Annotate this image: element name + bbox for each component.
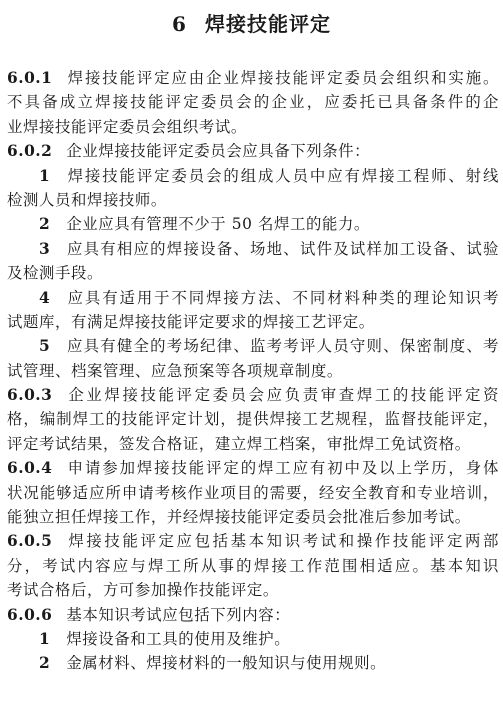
clause-number: 6.0.4 [7,459,52,477]
item-number: 1 [39,167,50,185]
chapter-title: 6焊接技能评定 [0,8,503,37]
paragraph-line: 及检测手段。 [7,261,499,285]
list-item-2: 2金属材料、焊接材料的一般知识与使用规则。 [7,651,499,675]
list-item-5: 5应具有健全的考场纪律、监考考评人员守则、保密制度、考 [7,334,499,358]
clause-6-0-1: 6.0.1焊接技能评定应由企业焊接技能评定委员会组织和实施。 [7,66,499,90]
clause-number: 6.0.3 [7,386,52,404]
paragraph-line: 考试合格后，方可参加操作技能评定。 [7,578,499,602]
list-item-3: 3应具有相应的焊接设备、场地、试件及试样加工设备、试验 [7,237,499,261]
clause-6-0-5: 6.0.5焊接技能评定应包括基本知识考试和操作技能评定两部 [7,529,499,553]
item-text: 焊接设备和工具的使用及维护。 [66,630,290,648]
chapter-heading: 焊接技能评定 [205,12,331,36]
paragraph-text: 基本知识考试应包括下列内容： [66,606,290,624]
paragraph-text: 申请参加焊接技能评定的焊工应有初中及以上学历，身体 [66,459,499,477]
list-item-4: 4应具有适用于不同焊接方法、不同材料种类的理论知识考 [7,286,499,310]
paragraph-line: 检测人员和焊接技师。 [7,188,499,212]
item-text: 应具有相应的焊接设备、场地、试件及试样加工设备、试验 [66,240,499,258]
paragraph-line: 试管理、档案管理、应急预案等各项规章制度。 [7,359,499,383]
item-text: 焊接技能评定委员会的组成人员中应有焊接工程师、射线 [66,167,499,185]
paragraph-line: 不具备成立焊接技能评定委员会的企业，应委托已具备条件的企 [7,90,499,114]
list-item-2: 2企业应具有管理不少于 50 名焊工的能力。 [7,212,499,236]
item-text: 应具有适用于不同焊接方法、不同材料种类的理论知识考 [66,289,499,307]
item-number: 2 [39,654,50,672]
item-text: 企业应具有管理不少于 50 名焊工的能力。 [66,215,370,233]
clause-6-0-3: 6.0.3企业焊接技能评定委员会应负责审查焊工的技能评定资 [7,383,499,407]
item-number: 4 [39,289,50,307]
item-number: 1 [39,630,50,648]
item-text: 应具有健全的考场纪律、监考考评人员守则、保密制度、考 [66,337,499,355]
paragraph-line: 评定考试结果，签发合格证，建立焊工档案，审批焊工免试资格。 [7,432,499,456]
paragraph-line: 业焊接技能评定委员会组织考试。 [7,115,499,139]
paragraph-text: 企业焊接技能评定委员会应负责审查焊工的技能评定资 [66,386,499,404]
clause-number: 6.0.5 [7,532,52,550]
clause-6-0-6: 6.0.6基本知识考试应包括下列内容： [7,603,499,627]
paragraph-text: 企业焊接技能评定委员会应具备下列条件： [66,142,370,160]
item-number: 5 [39,337,50,355]
clause-6-0-2: 6.0.2企业焊接技能评定委员会应具备下列条件： [7,139,499,163]
list-item-1: 1焊接技能评定委员会的组成人员中应有焊接工程师、射线 [7,164,499,188]
paragraph-line: 分，考试内容应与焊工所从事的焊接工作范围相适应。基本知识 [7,554,499,578]
clause-number: 6.0.6 [7,606,52,624]
paragraph-line: 试题库，有满足焊接技能评定要求的焊接工艺评定。 [7,310,499,334]
paragraph-line: 格，编制焊工的技能评定计划，提供焊接工艺规程，监督技能评定， [7,407,499,431]
paragraph-line: 能独立担任焊接工作，并经焊接技能评定委员会批准后参加考试。 [7,505,499,529]
chapter-number: 6 [172,12,187,36]
list-item-1: 1焊接设备和工具的使用及维护。 [7,627,499,651]
clause-6-0-4: 6.0.4申请参加焊接技能评定的焊工应有初中及以上学历，身体 [7,456,499,480]
item-text: 金属材料、焊接材料的一般知识与使用规则。 [66,654,386,672]
clause-number: 6.0.2 [7,142,52,160]
paragraph-text: 焊接技能评定应包括基本知识考试和操作技能评定两部 [66,532,499,550]
item-number: 2 [39,215,50,233]
clause-number: 6.0.1 [7,69,52,87]
paragraph-line: 状况能够适应所申请考核作业项目的需要，经安全教育和专业培训， [7,481,499,505]
document-body: 6.0.1焊接技能评定应由企业焊接技能评定委员会组织和实施。 不具备成立焊接技能… [7,66,499,676]
paragraph-text: 焊接技能评定应由企业焊接技能评定委员会组织和实施。 [66,69,499,87]
item-number: 3 [39,240,50,258]
